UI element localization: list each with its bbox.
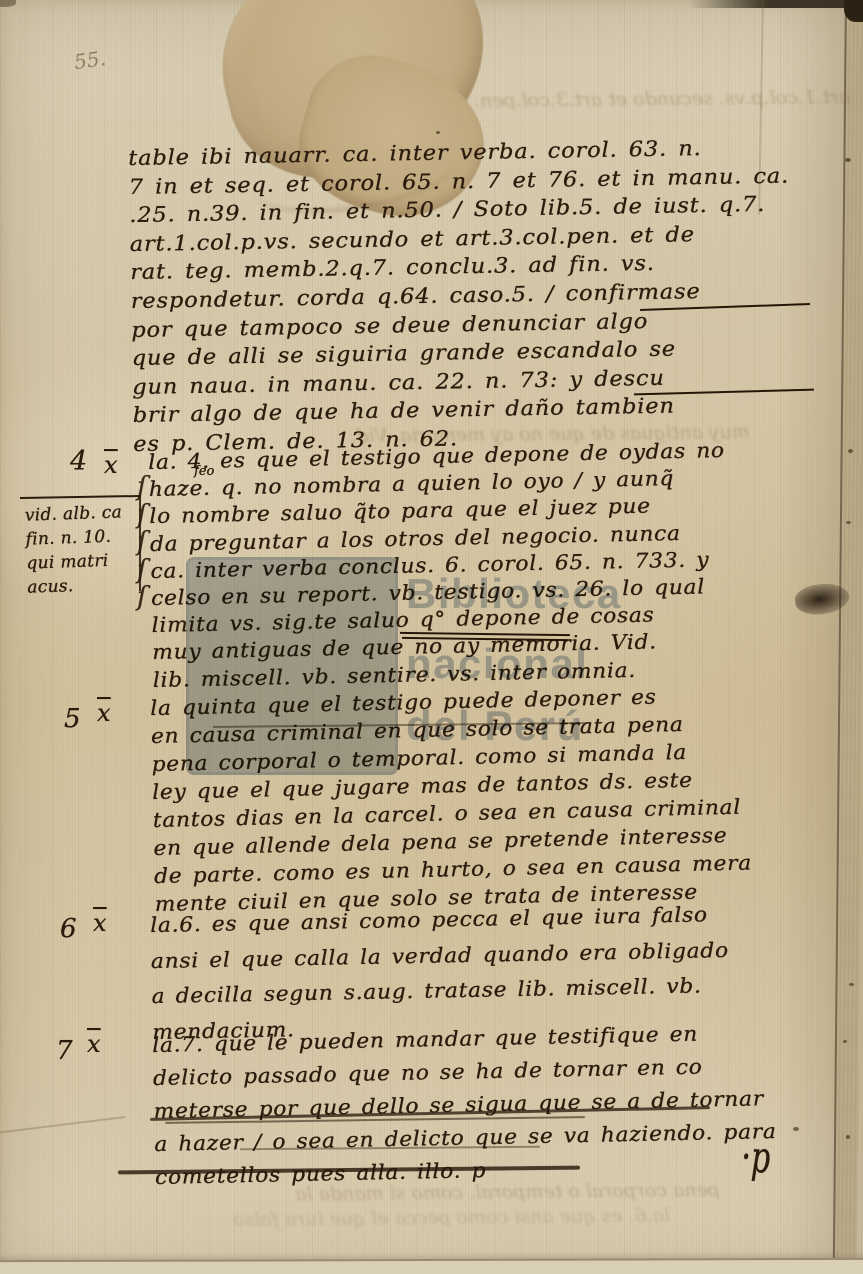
ink-speck xyxy=(846,1135,850,1139)
line-flourish: ſ xyxy=(137,472,147,502)
paper-crease-bottom-left xyxy=(0,1116,126,1134)
margin-number-4: 4 xyxy=(70,446,87,477)
section-4-text: la. 4. es que el testigo que depone de o… xyxy=(148,438,730,695)
margin-underline xyxy=(20,495,141,499)
line-flourish: ſ xyxy=(137,582,147,612)
ink-speck xyxy=(793,1127,799,1131)
ink-speck xyxy=(436,131,440,134)
margin-number-5: 5 xyxy=(64,704,81,734)
margin-note-line: qui matri xyxy=(26,548,124,575)
margin-note: vid. alb. ca fin. n. 10. qui matri acus. xyxy=(24,500,125,599)
ink-speck xyxy=(843,1040,847,1043)
margin-note-line: vid. alb. ca xyxy=(24,500,122,527)
margin-note-line: acus. xyxy=(27,572,125,599)
bleedthrough-text: art.1.col.p.vs. secundo et art.3.col.pen… xyxy=(470,86,850,112)
margin-number-6: 6 xyxy=(60,914,77,944)
ink-speck xyxy=(849,983,854,986)
dark-top-edge xyxy=(688,0,863,8)
ink-speck xyxy=(846,521,851,524)
paragraph-marker: x xyxy=(93,909,107,937)
margin-number-7: 7 xyxy=(56,1036,73,1066)
dark-corner-top-left xyxy=(0,0,16,7)
paragraph-marker: x xyxy=(87,1030,101,1058)
ink-speck xyxy=(845,158,851,162)
line-flourish: ſ xyxy=(137,555,147,585)
paragraph-marker: x xyxy=(104,451,118,479)
ink-speck xyxy=(848,449,853,453)
folio-mark: 55. xyxy=(72,46,107,74)
page-edge-bottom xyxy=(0,1258,863,1274)
section-5-text: la quinta que el testigo puede deponer e… xyxy=(150,682,753,920)
end-flourish: ·p xyxy=(741,1132,771,1184)
line-flourish: ſ xyxy=(137,527,147,557)
citation-paragraph: table ibi nauarr. ca. inter verba. corol… xyxy=(128,134,794,460)
paragraph-marker: x xyxy=(97,699,111,727)
line-flourish: ſ xyxy=(137,500,147,530)
manuscript-page: 55. art.1.col.p.vs. secundo et art.3.col… xyxy=(0,0,863,1274)
bleedthrough-text: la.6. es que ansi como pecca el que iura… xyxy=(150,1204,670,1231)
margin-note-line: fin. n. 10. xyxy=(25,524,123,551)
